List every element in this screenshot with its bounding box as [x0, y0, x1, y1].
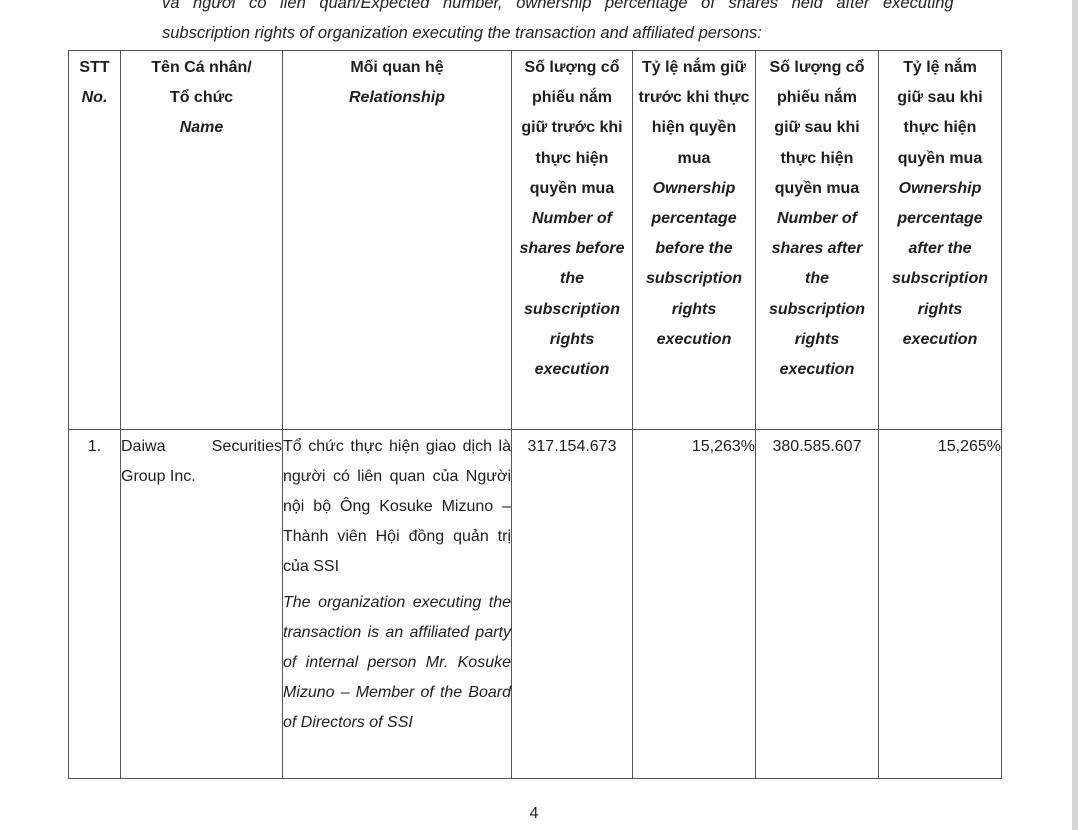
- intro-line-1: và người có liên quan/Expected number, o…: [162, 0, 952, 18]
- header-pct-before: Tỷ lệ nắm giữ trước khi thực hiện quyền …: [633, 51, 756, 430]
- row-pct-before: 15,263%: [633, 430, 756, 779]
- header-name: Tên Cá nhân/ Tổ chức Name: [121, 51, 283, 430]
- intro-paragraph: và người có liên quan/Expected number, o…: [162, 0, 952, 48]
- header-relationship: Mối quan hệ Relationship: [283, 51, 512, 430]
- header-pct-after: Tỷ lệ nắm giữ sau khi thực hiện quyền mu…: [879, 51, 1002, 430]
- table-row: 1. Daiwa Securities Group Inc. Tổ chức t…: [69, 430, 1002, 779]
- row-shares-before: 317.154.673: [512, 430, 633, 779]
- row-shares-after: 380.585.607: [756, 430, 879, 779]
- header-shares-before: Số lượng cổ phiếu nắm giữ trước khi thực…: [512, 51, 633, 430]
- page-number: 4: [0, 805, 1068, 823]
- relationship-vi: Tổ chức thực hiện giao dịch là người có …: [283, 438, 511, 575]
- intro-line-2: subscription rights of organization exec…: [162, 18, 952, 48]
- shareholding-table: STT No. Tên Cá nhân/ Tổ chức Name Mối qu…: [68, 50, 1002, 779]
- row-name: Daiwa Securities Group Inc.: [121, 430, 283, 779]
- row-relationship: Tổ chức thực hiện giao dịch là người có …: [283, 430, 512, 779]
- row-pct-after: 15,265%: [879, 430, 1002, 779]
- header-no: STT No.: [69, 51, 121, 430]
- relationship-en: The organization executing the transacti…: [283, 588, 511, 738]
- scan-edge: [1072, 0, 1078, 830]
- header-row: STT No. Tên Cá nhân/ Tổ chức Name Mối qu…: [69, 51, 1002, 430]
- row-no: 1.: [69, 430, 121, 779]
- header-shares-after: Số lượng cổ phiếu nắm giữ sau khi thực h…: [756, 51, 879, 430]
